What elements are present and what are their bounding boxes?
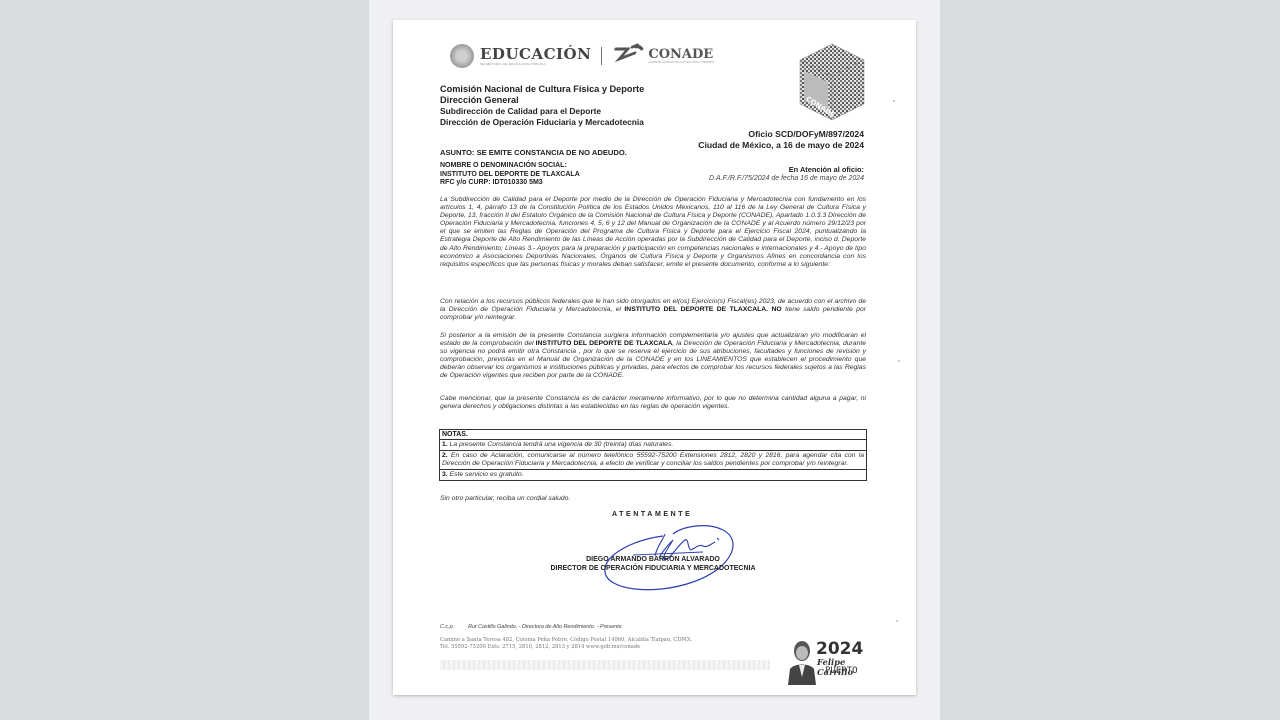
- oficio-block: Oficio SCD/DOFyM/897/2024 Ciudad de Méxi…: [698, 129, 864, 150]
- paragraph-subsequent-info: Si posterior a la emisión de la presente…: [440, 332, 866, 381]
- note-row: 1. La presente Constancia tendrá una vig…: [440, 440, 867, 451]
- p3-bold: INSTITUTO DEL DEPORTE DE TLAXCALA: [536, 340, 673, 347]
- paragraph-no-debt: Con relación a los recursos públicos fed…: [440, 298, 866, 322]
- org-line-1: Comisión Nacional de Cultura Física y De…: [440, 84, 644, 95]
- notes-title: NOTAS.: [440, 430, 867, 440]
- address-line-2: Tel. 55592-75200 Exts. 2715, 2810, 2812,…: [440, 644, 692, 651]
- note-text: En caso de Aclaración, comunicarse al nú…: [442, 452, 864, 467]
- signer-name: DIEGO ARMANDO BARRÓN ALVARADO: [513, 556, 793, 565]
- handwritten-signature-icon: [593, 510, 753, 600]
- ccp-text: Rut Castillo Galindo. - Directora de Alt…: [468, 624, 622, 630]
- org-line-3: Subdirección de Calidad para el Deporte: [440, 106, 644, 117]
- note-text: La presente Constancia tendrá una vigenc…: [448, 441, 674, 448]
- paragraph-informative: Cabe mencionar, que la presente Constanc…: [440, 395, 866, 411]
- mexico-seal-icon: [450, 44, 474, 68]
- recipient-label: NOMBRE O DENOMINACIÓN SOCIAL:: [440, 162, 580, 171]
- scan-speck: [898, 360, 900, 362]
- attention-reference: D.A.F./R.F./75/2024 de fecha 16 de mayo …: [709, 174, 864, 183]
- scan-speck: [893, 100, 895, 102]
- attention-block: En Atención al oficio: D.A.F./R.F./75/20…: [709, 165, 864, 183]
- org-line-4: Dirección de Operación Fiduciaria y Merc…: [440, 117, 644, 128]
- recipient-rfc: RFC y/o CURP: IDT010330 5M3: [440, 179, 580, 188]
- document-page: EDUCACIÓN SECRETARÍA DE EDUCACIÓN PÚBLIC…: [393, 20, 916, 695]
- notes-table: NOTAS. 1. La presente Constancia tendrá …: [439, 429, 867, 481]
- qr-cube-icon: CONADE: [798, 42, 866, 122]
- place-date: Ciudad de México, a 16 de mayo de 2024: [698, 140, 864, 151]
- portrait-icon: [786, 637, 818, 685]
- logo-divider: [601, 47, 602, 65]
- scan-speck: [896, 620, 898, 622]
- recipient-name: INSTITUTO DEL DEPORTE DE TLAXCALA: [440, 171, 580, 180]
- footer-address: Camino a Santa Teresa 482, Colonia Peña …: [440, 637, 692, 652]
- oficio-number: Oficio SCD/DOFyM/897/2024: [698, 129, 864, 140]
- conade-runner-icon: [609, 43, 646, 69]
- logo-conade: CONADE: [648, 48, 714, 61]
- address-line-1: Camino a Santa Teresa 482, Colonia Peña …: [440, 637, 692, 644]
- paragraph-legal-basis: La Subdirección de Calidad para el Depor…: [440, 196, 866, 269]
- note-row: 2. En caso de Aclaración, comunicarse al…: [440, 451, 867, 470]
- felipe-carrillo-puerto-badge: 2024 Felipe Carrillo PUERTO: [776, 635, 871, 690]
- recipient-block: NOMBRE O DENOMINACIÓN SOCIAL: INSTITUTO …: [440, 162, 580, 188]
- signer-block: DIEGO ARMANDO BARRÓN ALVARADO DIRECTOR D…: [513, 556, 793, 574]
- note-text: Este servicio es gratuito.: [448, 471, 524, 478]
- header-logos: EDUCACIÓN SECRETARÍA DE EDUCACIÓN PÚBLIC…: [450, 42, 714, 70]
- subject-line: ASUNTO: SE EMITE CONSTANCIA DE NO ADEUDO…: [440, 148, 627, 157]
- signer-title: DIRECTOR DE OPERACIÓN FIDUCIARIA Y MERCA…: [513, 565, 793, 574]
- note-row: 3. Este servicio es gratuito.: [440, 470, 867, 481]
- p2-bold: INSTITUTO DEL DEPORTE DE TLAXCALA. NO: [624, 306, 781, 313]
- year-badge: 2024: [816, 639, 863, 659]
- org-line-2: Dirección General: [440, 95, 644, 106]
- footer-decoration: [440, 660, 770, 670]
- organization-header: Comisión Nacional de Cultura Física y De…: [440, 84, 644, 128]
- logo-conade-subtitle: COMISIÓN NACIONAL DE CULTURA FÍSICA Y DE…: [648, 61, 714, 64]
- ccp-label: C.c.p.: [440, 624, 454, 630]
- closing-line: Sin otro particular, reciba un cordial s…: [440, 495, 570, 502]
- logo-educacion: EDUCACIÓN: [480, 47, 591, 62]
- year-badge-name2: PUERTO: [825, 666, 858, 676]
- carbon-copy: C.c.p.Rut Castillo Galindo. - Directora …: [440, 624, 636, 630]
- attention-label: En Atención al oficio:: [709, 165, 864, 174]
